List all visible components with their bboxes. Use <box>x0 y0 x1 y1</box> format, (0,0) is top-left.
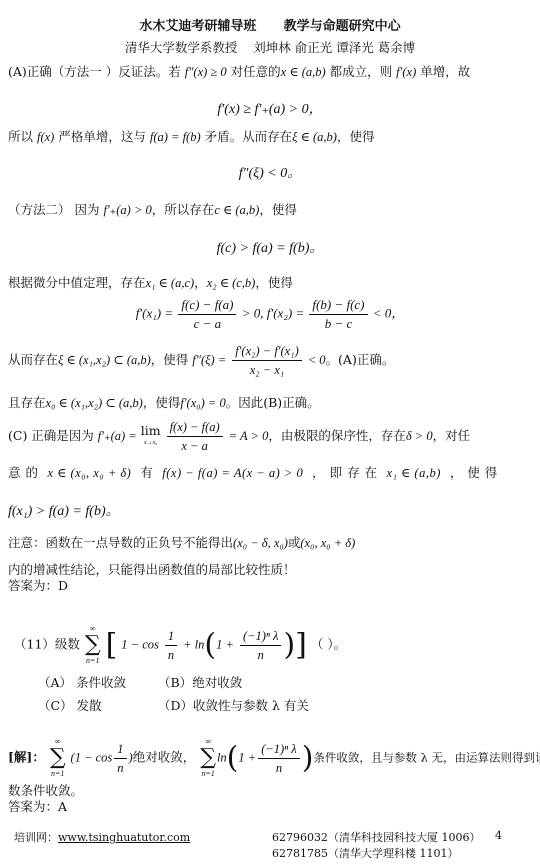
header-authors: 清华大学数学系教授 刘坤林 俞正光 谭泽光 葛余博 <box>0 38 540 56</box>
fraction: (−1)ⁿ λn <box>240 627 282 664</box>
limit: limx→x₀ <box>141 425 161 449</box>
equation-3: f(c) > f(a) = f(b)。 <box>0 237 540 257</box>
paragraph-xi: 从而存在ξ ∈ (x₁,x₂) ⊂ (a,b)，使得 f″(ξ) = f′(x₂… <box>8 342 394 379</box>
paragraph-c-cont: 意 的 x ∈ (x₀, x₀ + δ) 有 f(x) − f(a) = A(x… <box>8 463 498 481</box>
left-paren: ( <box>227 741 239 776</box>
fraction: f(x) − f(a)x − a <box>167 418 223 455</box>
paragraph-method2: （方法二） 因为 f′₊(a) > 0，所以存在c ∈ (a,b)，使得 <box>8 200 297 218</box>
answer-a: 答案为：A <box>8 797 67 815</box>
fraction: f(b) − f(c)b − c <box>309 296 367 333</box>
sigma-icon: ∞∑n=1 <box>85 624 101 666</box>
equation-1: f′(x) ≥ f′₊(a) > 0， <box>0 98 540 118</box>
right-bracket: ] <box>295 628 307 663</box>
solution-line-1: [解]： ∞∑n=1 (1 − cos1n)绝对收敛， ∞∑n=1ln(1 +(… <box>8 737 540 779</box>
right-paren: ) <box>283 628 295 663</box>
footer-phone-2: 62781785（清华大学理科楼 1101） <box>272 845 458 861</box>
paragraph-x0: 且存在x₀ ∈ (x₁,x₂) ⊂ (a,b)，使得f′(x₀) = 0。因此(… <box>8 393 320 411</box>
paragraph-contradiction: 所以 f(x) 严格单增，这与 f(a) = f(b) 矛盾。从而存在ξ ∈ (… <box>8 127 374 145</box>
left-bracket: [ <box>106 628 118 663</box>
equation-2: f″(ξ) < 0。 <box>0 162 540 182</box>
equation-fx1: f(x₁) > f(a) = f(b)。 <box>8 500 120 520</box>
fraction: 1n <box>165 627 177 664</box>
option-c: （C） 发散 <box>38 696 102 714</box>
answer-d: 答案为：D <box>8 576 68 594</box>
option-d: （D）收敛性与参数 λ 有关 <box>158 696 309 714</box>
fraction: f(c) − f(a)c − a <box>178 296 236 333</box>
paragraph-mvt: 根据微分中值定理，存在x₁ ∈ (a,c)，x₂ ∈ (c,b)，使得 <box>8 273 293 291</box>
fraction: (−1)ⁿ λn <box>258 740 300 777</box>
sigma-icon: ∞∑n=1 <box>200 737 216 779</box>
note-line-1: 注意：函数在一点导数的正负号不能得出(x₀ − δ, x₀)或(x₀, x₀ +… <box>8 533 355 551</box>
header-title: 水木艾迪考研辅导班 教学与命题研究中心 <box>0 15 540 34</box>
footer-website: 培训网：www.tsinghuatutor.com <box>14 829 190 845</box>
sigma-icon: ∞∑n=1 <box>50 737 66 779</box>
page-number: 4 <box>495 829 502 842</box>
question-11: （11）级数 ∞∑n=1 [ 1 − cos 1n + ln(1 + (−1)ⁿ… <box>14 624 346 666</box>
option-a: （A） 条件收敛 <box>38 673 126 691</box>
paragraph-c: (C) 正确是因为 f′₊(a) = limx→x₀ f(x) − f(a)x … <box>8 418 470 455</box>
right-paren: ) <box>302 741 314 776</box>
paragraph-method1: (A)正确（方法一 ）反证法。若 f″(x) ≥ 0 对任意的x ∈ (a,b)… <box>8 62 470 80</box>
equation-4: f′(x₁) = f(c) − f(a)c − a > 0, f′(x₂) = … <box>0 296 540 333</box>
website-link[interactable]: www.tsinghuatutor.com <box>58 831 190 844</box>
option-b: （B）绝对收敛 <box>158 673 242 691</box>
fraction: 1n <box>114 740 126 777</box>
footer-phone-1: 62796032（清华科技园科技大厦 1006） <box>272 829 480 845</box>
left-paren: ( <box>204 628 216 663</box>
fraction: f′(x₂) − f′(x₁)x₂ − x₁ <box>232 342 302 379</box>
